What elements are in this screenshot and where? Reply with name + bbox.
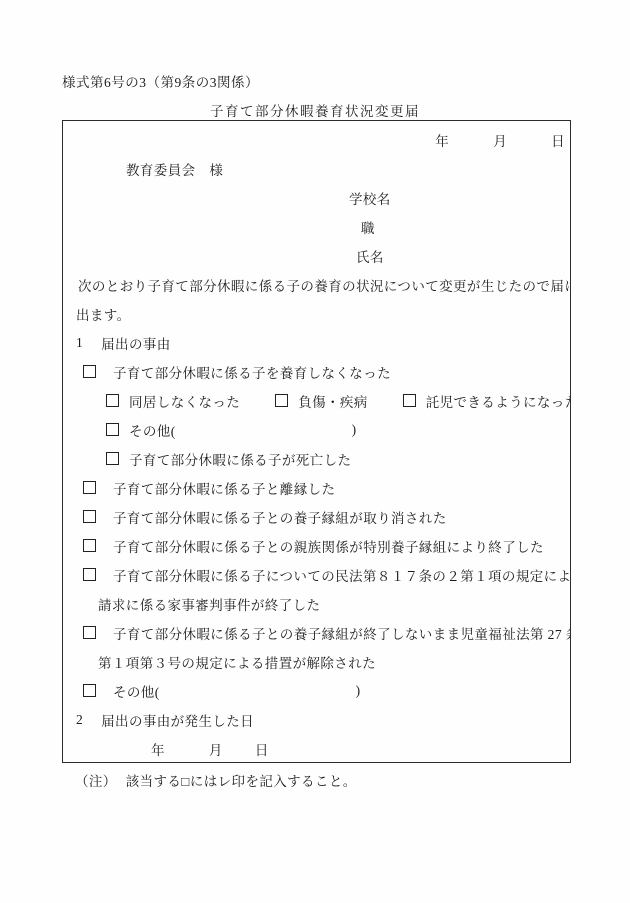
day-label: 日 <box>255 739 269 759</box>
intro-text-2: 出ます。 <box>76 304 131 324</box>
checkbox-option: 負傷・疾病 <box>275 391 368 411</box>
form-code: 様式第6号の3（第9条の3関係） <box>62 71 259 91</box>
checkbox[interactable] <box>106 394 119 407</box>
document-title: 子育て部分休暇養育状況変更届 <box>0 100 630 120</box>
checkbox[interactable] <box>83 539 96 552</box>
checkbox[interactable] <box>106 452 119 465</box>
checkbox-label: 子育て部分休暇に係る子についての民法第８１７条の２第１項の規定による <box>113 565 571 585</box>
checkbox[interactable] <box>83 510 96 523</box>
section-1-title: 届出の事由 <box>101 333 171 353</box>
checkbox[interactable] <box>106 423 119 436</box>
checkbox-line: その他() <box>63 415 570 444</box>
section-2-number: 2 <box>76 712 83 728</box>
checkbox[interactable] <box>83 568 96 581</box>
continuation-text: 請求に係る家事審判事件が終了した <box>98 594 320 614</box>
checkbox-line: 子育て部分休暇に係る子との養子縁組が取り消された <box>63 502 570 531</box>
checkbox-line: その他() <box>63 676 570 705</box>
month-label: 月 <box>493 130 507 150</box>
checkbox-label: 子育て部分休暇に係る子と離縁した <box>113 478 335 498</box>
name-label: 氏名 <box>356 246 384 266</box>
checkbox[interactable] <box>275 394 288 407</box>
checkbox-line: 子育て部分休暇に係る子を養育しなくなった <box>63 357 570 386</box>
checkbox[interactable] <box>83 365 96 378</box>
note-prefix: （注） <box>75 774 117 789</box>
position-line: 職 <box>63 212 570 241</box>
year-label: 年 <box>435 130 449 150</box>
close-paren: ) <box>352 422 357 438</box>
checkbox[interactable] <box>83 481 96 494</box>
checkbox-continuation: 第１項第３号の規定による措置が解除された <box>63 647 570 676</box>
checkbox-label: 子育て部分休暇に係る子との親族関係が特別養子縁組により終了した <box>113 536 544 556</box>
addressee-line: 教育委員会 様 <box>63 154 570 183</box>
intro-line-1: 次のとおり子育て部分休暇に係る子の養育の状況について変更が生じたので届け <box>63 270 570 299</box>
section-2-title: 届出の事由が発生した日 <box>101 710 254 730</box>
checkbox-line: 子育て部分休暇に係る子との養子縁組が終了しないまま児童福祉法第 27 条 <box>63 618 570 647</box>
position-label: 職 <box>361 217 375 237</box>
day-label: 日 <box>551 130 565 150</box>
checkbox-label: 同居しなくなった <box>129 391 240 411</box>
date-line-top: 年 月 日 <box>63 125 570 154</box>
intro-line-2: 出ます。 <box>63 299 570 328</box>
checkbox[interactable] <box>83 684 96 697</box>
note-line: （注）該当する□にはレ印を記入すること。 <box>75 770 357 790</box>
date-line-bottom: 年 月 日 <box>63 734 570 763</box>
checkbox-line: 同居しなくなった負傷・疾病託児できるようになった <box>63 386 570 415</box>
year-label: 年 <box>151 739 165 759</box>
checkbox-line: 子育て部分休暇に係る子が死亡した <box>63 444 570 473</box>
checkbox-label: その他( <box>129 420 176 440</box>
continuation-text: 第１項第３号の規定による措置が解除された <box>98 652 376 672</box>
checkbox-label: 負傷・疾病 <box>298 391 368 411</box>
name-line: 氏名 <box>63 241 570 270</box>
document-page: 様式第6号の3（第9条の3関係） 子育て部分休暇養育状況変更届 年 月 日 教育… <box>0 0 630 903</box>
checkbox-continuation: 請求に係る家事審判事件が終了した <box>63 589 570 618</box>
note-text: 該当する□にはレ印を記入すること。 <box>126 774 357 789</box>
checkbox-label: 託児できるようになった <box>426 391 571 411</box>
checkbox-option: 託児できるようになった <box>403 391 571 411</box>
checkbox-label: 子育て部分休暇に係る子との養子縁組が終了しないまま児童福祉法第 27 条 <box>113 623 571 643</box>
addressee-text: 教育委員会 様 <box>126 159 223 179</box>
checkbox-label: その他( <box>113 681 160 701</box>
checkbox-line: 子育て部分休暇に係る子との親族関係が特別養子縁組により終了した <box>63 531 570 560</box>
fill-in-blank[interactable] <box>160 690 356 691</box>
section-1-number: 1 <box>76 335 83 351</box>
school-name-label: 学校名 <box>349 188 391 208</box>
checkbox-line: 子育て部分休暇に係る子と離縁した <box>63 473 570 502</box>
intro-text-1: 次のとおり子育て部分休暇に係る子の養育の状況について変更が生じたので届け <box>78 275 571 295</box>
fill-in-blank[interactable] <box>176 429 352 430</box>
checkbox-label: 子育て部分休暇に係る子が死亡した <box>129 449 351 469</box>
items-list: 子育て部分休暇に係る子を養育しなくなった同居しなくなった負傷・疾病託児できるよう… <box>63 357 570 705</box>
close-paren: ) <box>356 683 361 699</box>
section-1-heading: 1 届出の事由 <box>63 328 570 357</box>
form-box: 年 月 日 教育委員会 様 学校名 職 氏名 次のとおり子育て部分休暇に係る子の… <box>62 120 571 763</box>
checkbox-option: 同居しなくなった <box>106 391 240 411</box>
checkbox-label: 子育て部分休暇に係る子との養子縁組が取り消された <box>113 507 447 527</box>
checkbox[interactable] <box>403 394 416 407</box>
school-name-line: 学校名 <box>63 183 570 212</box>
month-label: 月 <box>209 739 223 759</box>
checkbox-line: 子育て部分休暇に係る子についての民法第８１７条の２第１項の規定による <box>63 560 570 589</box>
section-2-heading: 2 届出の事由が発生した日 <box>63 705 570 734</box>
checkbox[interactable] <box>83 626 96 639</box>
checkbox-label: 子育て部分休暇に係る子を養育しなくなった <box>113 362 391 382</box>
